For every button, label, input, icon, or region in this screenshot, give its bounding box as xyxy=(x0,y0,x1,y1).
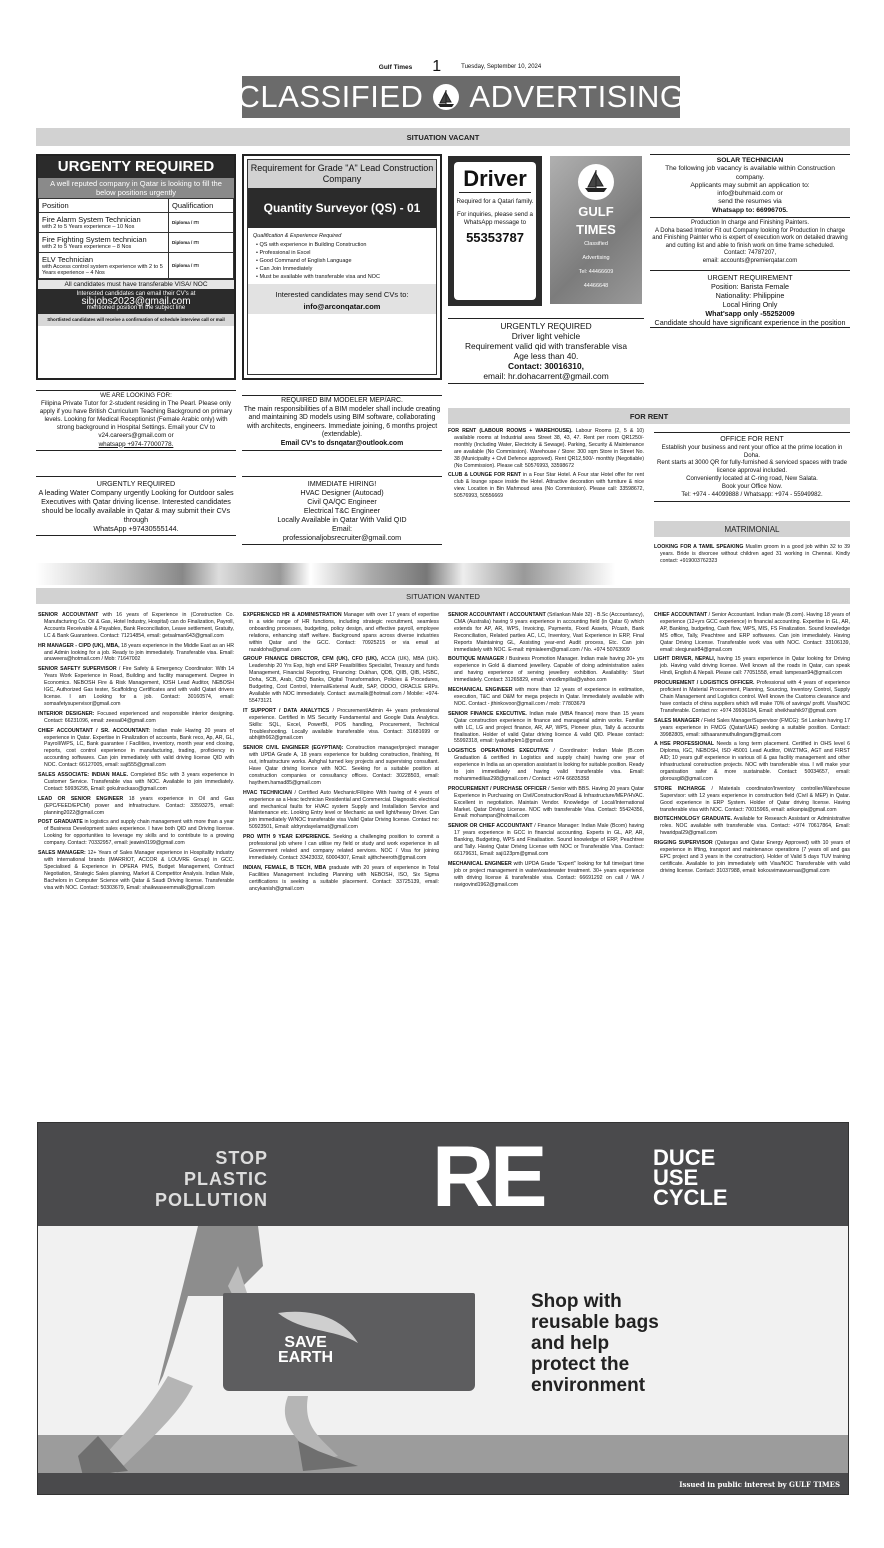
listing-lead: INDIAN, FEMALE, B TECH, MBA xyxy=(243,865,326,871)
urgently-required-driver-ad: URGENTLY REQUIRED Driver light vehicle R… xyxy=(448,318,644,384)
ad-body: Filipina Private Tutor for 2-student res… xyxy=(36,400,236,440)
ad-line: Local Hiring Only xyxy=(650,300,850,309)
list-item: EXPERIENCED HR & ADMINISTRATION Manager … xyxy=(243,612,439,653)
mail-block: Interested candidates can email their CV… xyxy=(38,289,234,314)
position-title: Fire Alarm System Technician xyxy=(42,215,165,224)
list-item: INDIAN, FEMALE, B TECH, MBA graduate wit… xyxy=(243,865,439,893)
listing-lead: INTERIOR DESIGNER: xyxy=(38,711,94,717)
section-situation-vacant: SITUATION VACANT xyxy=(36,128,850,146)
urgency-required-ad: URGENTY REQUIRED A well reputed company … xyxy=(36,154,236,380)
list-item: CHIEF ACCOUNTANT / SR. ACCOUNTANT: India… xyxy=(38,728,234,769)
list-item: SALES MANAGER: 12+ Years of Sales Manage… xyxy=(38,850,234,891)
re-text: RE xyxy=(432,1133,543,1221)
send-block: Interested candidates may send CVs to: i… xyxy=(248,284,436,314)
ad-line: Civil QA/QC Engineer xyxy=(242,497,442,506)
driver-line1: Required for a Qatari family. xyxy=(454,198,536,206)
ad-line: Rent starts at 3000 QR for fully-furnish… xyxy=(654,459,850,475)
stop-text: STOP PLASTIC POLLUTION xyxy=(155,1148,268,1211)
list-item: SENIOR ACCOUNTANT / ACCOUNTANT (Srilanka… xyxy=(448,612,644,653)
list-item: PRO WITH 9 YEAR EXPERIENCE. Seeking a ch… xyxy=(243,834,439,862)
listing-lead: RIGGING SUPERVISOR xyxy=(654,840,713,846)
position-qual: Diploma / ITI xyxy=(169,233,234,253)
ad-line: Age less than 40. xyxy=(448,351,644,361)
listing-body: / Certified Auto Mechanic/Filipino With … xyxy=(249,790,439,831)
positions-table: Position Qualification Fire Alarm System… xyxy=(38,198,234,279)
shop-line: environment xyxy=(531,1375,659,1396)
whatsapp-contact: whatsapp +974-77000778. xyxy=(36,441,236,449)
painter-ad: Production In charge and Finishing Paint… xyxy=(650,217,850,266)
ad-line: Driver light vehicle xyxy=(448,331,644,341)
banner-left-word: CLASSIFIED xyxy=(238,79,424,115)
listing-body: (Srilankan Male 32) - B.Sc (Accountancy)… xyxy=(454,612,644,653)
section-for-rent: FOR RENT xyxy=(448,408,850,424)
wanted-column-2: EXPERIENCED HR & ADMINISTRATION Manager … xyxy=(243,612,439,895)
qual-item: QS with experience in Building Construct… xyxy=(256,241,436,249)
stop-line: PLASTIC xyxy=(155,1169,268,1190)
save-earth-bag xyxy=(223,1293,475,1391)
listing-body: ACCA (UK), MBA (UK). Leadership 20 Yrs E… xyxy=(249,656,439,703)
ad-line: Position: Barista Female xyxy=(650,282,850,291)
list-item: BIOTECHNOLOGY GRADUATE. Available for Re… xyxy=(654,816,850,837)
shop-line: and help xyxy=(531,1333,659,1354)
mail-outro: mentioned position in the subject line xyxy=(40,305,232,312)
ad-line: Email: xyxy=(242,524,442,533)
ad-line: Conveniently located at C-ring road, New… xyxy=(654,475,850,483)
listing-lead: A HSE PROFESSIONAL xyxy=(654,741,714,747)
listing-lead: CLUB & LOUNGE FOR RENT xyxy=(448,472,521,478)
ad-line: Requirement valid qid with transferable … xyxy=(448,341,644,351)
matrimonial-listing: LOOKING FOR A TAMIL SPEAKING Muslim groo… xyxy=(654,544,850,568)
email-link[interactable]: Email CV's to dsnqatar@outlook.com xyxy=(242,440,442,449)
list-item: MECHANICAL ENGINEER with UPDA Grade "Exp… xyxy=(448,861,644,889)
wanted-column-4: CHIEF ACCOUNTANT / Senior Accountant. In… xyxy=(654,612,850,878)
office-for-rent-ad: OFFICE FOR RENT Establish your business … xyxy=(654,432,850,502)
listing-lead: HVAC TECHNICIAN xyxy=(243,790,292,796)
immediate-hiring-ad: IMMEDIATE HIRING! HVAC Designer (Autocad… xyxy=(242,476,442,545)
list-item: HVAC TECHNICIAN / Certified Auto Mechani… xyxy=(243,790,439,831)
visa-note: All candidates must have transferable VI… xyxy=(38,279,234,289)
qual-item: Can Join Immediately xyxy=(256,265,436,273)
listing-lead: FOR RENT (LABOUR ROOMS + WAREHOUSE). xyxy=(448,428,573,434)
contact: Contact: 74787207, xyxy=(650,250,850,258)
whatsapp-contact: Whatsapp to: 66996705. xyxy=(650,207,850,215)
gulf-line1: Classified xyxy=(550,239,642,250)
qual-list: QS with experience in Building Construct… xyxy=(248,241,436,281)
gulf-times-box: GULF TIMES Classified Advertising Tel: 4… xyxy=(550,156,642,304)
wanted-column-1: SENIOR ACCOUNTANT with 16 years of Exper… xyxy=(38,612,234,895)
listing-lead: MECHANICAL ENGINEER xyxy=(448,861,512,867)
ad-line: Locally Available in Qatar With Valid QI… xyxy=(242,515,442,524)
position-detail: with 2 to 5 Years experience – 8 Nos xyxy=(42,244,165,250)
list-item: BOUTIQUE MANAGER / Business Promotion Ma… xyxy=(448,656,644,684)
driver-title: Driver xyxy=(459,166,531,193)
listing-body: Construction manager/project manager wit… xyxy=(249,745,439,786)
listing-lead: SENIOR OR CHIEF ACCOUNTANT xyxy=(448,823,533,829)
ad-line: Electrical T&C Engineer xyxy=(242,506,442,515)
ad-line: A Doha based Interior Fit out Company lo… xyxy=(650,228,850,251)
ad-heading: REQUIRED BIM MODELER MEP/ARC. xyxy=(242,397,442,406)
email-link[interactable]: professionaljobsrecruiter@gmail.com xyxy=(242,533,442,542)
ad-line: HVAC Designer (Autocad) xyxy=(242,488,442,497)
qual-heading: Qualification & Experience Required xyxy=(248,228,436,241)
listing-lead: LEAD OR SENIOR ENGINEER xyxy=(38,796,123,802)
send-text: Interested candidates may send CVs to: xyxy=(276,290,409,299)
listing-lead: PROCUREMENT / LOGISTICS OFFICER. xyxy=(654,680,754,686)
stop-line: STOP xyxy=(155,1148,268,1169)
shop-line: protect the xyxy=(531,1354,659,1375)
shortlist-note: Shortlisted candidates will receive a co… xyxy=(38,314,234,326)
email-link[interactable]: email: hr.dohacarrent@gmail.com xyxy=(448,371,644,381)
wanted-column-3: SENIOR ACCOUNTANT / ACCOUNTANT (Srilanka… xyxy=(448,612,644,892)
listing-lead: SENIOR CIVIL ENGINEER (EGYPTIAN): xyxy=(243,745,343,751)
ad-line: Establish your business and rent your of… xyxy=(654,444,850,460)
list-item: PROCUREMENT / LOGISTICS OFFICER. Profess… xyxy=(654,680,850,715)
list-item: SENIOR FINANCE EXECUTIVE. Indian male (M… xyxy=(448,711,644,746)
list-item: LOOKING FOR A TAMIL SPEAKING Muslim groo… xyxy=(654,544,850,565)
list-item: GROUP FINANCE DIRECTOR, CFM (UK), CFO (U… xyxy=(243,656,439,704)
list-item: RIGGING SUPERVISOR (Qatargas and Qatar E… xyxy=(654,840,850,875)
list-item: PROCUREMENT / PURCHASE OFFICER / Senior … xyxy=(448,786,644,821)
list-item: HR MANAGER - CIPD (UK), MBA, 18 years ex… xyxy=(38,643,234,664)
barista-ad: URGENT REQUIREMENT Position: Barista Fem… xyxy=(650,270,850,328)
qual-item: Must be available with transferable visa… xyxy=(256,273,436,281)
listing-body: Needs a long term placement. Certified i… xyxy=(660,741,850,782)
email-link[interactable]: sibjobs2023@gmail.com xyxy=(40,298,232,305)
list-item: LOGISTICS OPERATIONS EXECUTIVE / Coordin… xyxy=(448,748,644,783)
ad-heading: WE ARE LOOKING FOR: xyxy=(36,392,236,400)
table-row: ELV Technicianwith Access control system… xyxy=(39,253,234,279)
paper-name: Gulf Times xyxy=(379,64,412,71)
driver-line2: For inquiries, please send a WhatsApp me… xyxy=(454,211,536,227)
stop-plastic-pollution-poster: STOP PLASTIC POLLUTION RE DUCE USE CYCLE… xyxy=(37,1122,849,1495)
shop-message: Shop with reusable bags and help protect… xyxy=(531,1291,659,1396)
save-earth-text: SAVE EARTH xyxy=(278,1335,333,1365)
ad-heading: SOLAR TECHNICIAN xyxy=(650,157,850,165)
issue-date: Tuesday, September 10, 2024 xyxy=(461,64,541,70)
position-title: Fire Fighting System technician xyxy=(42,235,165,244)
listing-lead: IT SUPPORT / DATA ANALYTICS xyxy=(243,708,329,714)
ad-line: Book your Office Now. xyxy=(654,483,850,491)
list-item: FOR RENT (LABOUR ROOMS + WAREHOUSE). Lab… xyxy=(448,428,644,469)
listing-lead: HR MANAGER - CIPD (UK), MBA, xyxy=(38,643,120,649)
ad-line: Candidate should have significant experi… xyxy=(650,318,850,327)
ad-body: A leading Water Company urgently Looking… xyxy=(36,488,236,524)
list-item: CLUB & LOUNGE FOR RENT in a Four Star Ho… xyxy=(448,472,644,500)
listing-lead: CHIEF ACCOUNTANT xyxy=(654,612,707,618)
listing-lead: PROCUREMENT / PURCHASE OFFICER xyxy=(448,786,547,792)
listing-body: 12+ Years of Sales Manager experience in… xyxy=(44,850,234,891)
table-row: Fire Alarm System Technicianwith 2 to 5 … xyxy=(39,213,234,233)
banner-right-word: ADVERTISING xyxy=(469,79,684,115)
whatsapp-contact: WhatsApp +97430555144. xyxy=(36,524,236,533)
list-item: LIGHT DRIVER, NEPALI, having 15 years ex… xyxy=(654,656,850,677)
solar-technician-ad: SOLAR TECHNICIAN The following job vacan… xyxy=(650,154,850,215)
listing-body: / Fire Safety & Emergency Coordinator: W… xyxy=(44,666,234,707)
ad-line: Production In charge and Finishing Paint… xyxy=(650,220,850,228)
list-item: A HSE PROFESSIONAL Needs a long term pla… xyxy=(654,741,850,782)
position-qual: Diploma / ITI xyxy=(169,213,234,233)
ad-line: Nationality: Philippine xyxy=(650,291,850,300)
right-column-ads: SOLAR TECHNICIAN The following job vacan… xyxy=(650,154,850,328)
position-detail: with Access control system experience wi… xyxy=(42,264,165,276)
ad-heading: URGENTLY REQUIRED xyxy=(448,321,644,331)
ad-heading: URGENTY REQUIRED xyxy=(38,156,234,178)
listing-lead: SALES MANAGER: xyxy=(38,850,86,856)
listing-lead: GROUP FINANCE DIRECTOR, CFM (UK), CFO (U… xyxy=(243,656,378,662)
listing-lead: PRO WITH 9 YEAR EXPERIENCE. xyxy=(243,834,330,840)
listing-lead: SALES ASSOCIATE: INDIAN MALE. xyxy=(38,772,128,778)
listing-body: Indian male Having 20 years of experienc… xyxy=(44,728,234,769)
listing-lead: CHIEF ACCOUNTANT / SR. ACCOUNTANT: xyxy=(38,728,150,734)
qual-item: Professional in Excel xyxy=(256,249,436,257)
gulf-line2: Advertising xyxy=(550,253,642,264)
list-item: MECHANICAL ENGINEER with more than 12 ye… xyxy=(448,687,644,708)
list-item: SENIOR ACCOUNTANT with 16 years of Exper… xyxy=(38,612,234,640)
listing-lead: SALES MANAGER xyxy=(654,718,700,724)
ad-line: send the resumes via xyxy=(650,198,850,206)
shop-line: Shop with xyxy=(531,1291,659,1312)
position-qual: Diploma / ITI xyxy=(169,253,234,279)
col-position: Position xyxy=(39,199,169,213)
col-qualification: Qualification xyxy=(169,199,234,213)
ad-heading: URGENTLY REQUIRED xyxy=(36,479,236,488)
decorative-gradient-strip xyxy=(36,563,646,585)
list-item: SENIOR OR CHIEF ACCOUNTANT / Finance Man… xyxy=(448,823,644,858)
gulf-name-1: GULF xyxy=(550,206,642,218)
quantity-surveyor-ad: Requirement for Grade "A" Lead Construct… xyxy=(242,154,442,380)
contact: Contact: 30016310, xyxy=(448,361,644,371)
ad-line: Applicants may submit an application to: xyxy=(650,182,850,190)
ad-line: The following job vacancy is available w… xyxy=(650,165,850,182)
listing-lead: MECHANICAL ENGINEER xyxy=(448,687,512,693)
listing-lead: STORE INCHARGE xyxy=(654,786,706,792)
listing-lead: LIGHT DRIVER, NEPALI, xyxy=(654,656,715,662)
listing-lead: BIOTECHNOLOGY GRADUATE. xyxy=(654,816,732,822)
bim-modeler-ad: REQUIRED BIM MODELER MEP/ARC. The main r… xyxy=(242,395,442,451)
list-item: STORE INCHARGE / Materials coordinator/I… xyxy=(654,786,850,814)
list-item: SALES ASSOCIATE: INDIAN MALE. Completed … xyxy=(38,772,234,793)
listing-lead: LOGISTICS OPERATIONS EXECUTIVE xyxy=(448,748,549,754)
qual-item: Good Command of English Language xyxy=(256,257,436,265)
ad-heading: IMMEDIATE HIRING! xyxy=(242,479,442,488)
position-detail: with 2 to 5 Years experience – 10 Nos xyxy=(42,224,165,230)
table-row: Fire Fighting System technicianwith 2 to… xyxy=(39,233,234,253)
gulf-name-2: TIMES xyxy=(550,224,642,236)
qs-title: Quantity Surveyor (QS) - 01 xyxy=(248,188,436,228)
list-item: CHIEF ACCOUNTANT / Senior Accountant. In… xyxy=(654,612,850,653)
shop-line: reusable bags xyxy=(531,1312,659,1333)
classified-banner: CLASSIFIED ADVERTISING xyxy=(242,76,680,118)
bag-line: SAVE xyxy=(278,1335,333,1350)
section-situation-wanted: SITUATION WANTED xyxy=(36,588,850,604)
re-word: CYCLE xyxy=(653,1188,728,1208)
list-item: SENIOR CIVIL ENGINEER (EGYPTIAN): Constr… xyxy=(243,745,439,786)
tutor-ad: WE ARE LOOKING FOR: Filipina Private Tut… xyxy=(36,390,236,451)
list-item: INTERIOR DESIGNER: Focused experienced a… xyxy=(38,711,234,725)
water-company-ad: URGENTLY REQUIRED A leading Water Compan… xyxy=(36,476,236,536)
list-item: IT SUPPORT / DATA ANALYTICS / Procuremen… xyxy=(243,708,439,743)
ad-body: The main responsibilities of a BIM model… xyxy=(242,406,442,440)
listing-lead: POST GRADUATE xyxy=(38,819,83,825)
ad-heading: URGENT REQUIREMENT xyxy=(650,273,850,282)
listing-lead: EXPERIENCED HR & ADMINISTRATION xyxy=(243,612,342,618)
position-title: ELV Technician xyxy=(42,255,165,264)
email-link[interactable]: info@buhmaid.com or xyxy=(650,190,850,198)
driver-phone[interactable]: 55353787 xyxy=(454,230,536,245)
listing-lead: BOUTIQUE MANAGER xyxy=(448,656,504,662)
gulf-tel: Tel: 44466609 xyxy=(550,267,642,278)
listing-body: / Senior Accountant. Indian male (B.com)… xyxy=(660,612,850,653)
ad-subheading: A well reputed company in Qatar is looki… xyxy=(38,178,234,198)
listing-body: Labour Rooms (2, 5 & 10) available rooms… xyxy=(454,428,644,469)
contact: Tel: +974 - 44099888 / Whatsapp: +974 - … xyxy=(654,491,850,499)
ad-heading: OFFICE FOR RENT xyxy=(654,436,850,444)
dhow-logo-icon xyxy=(433,84,459,110)
list-item: SALES MANAGER / Field Sales Manager/Supe… xyxy=(654,718,850,739)
page-number: 1 xyxy=(432,58,441,76)
re-words: DUCE USE CYCLE xyxy=(653,1148,728,1208)
listing-lead: SENIOR SAFETY SUPERVISOR xyxy=(38,666,117,672)
masthead-info: Gulf Times 1 Tuesday, September 10, 2024 xyxy=(240,58,680,76)
list-item: LEAD OR SENIOR ENGINEER 18 years experie… xyxy=(38,796,234,817)
section-matrimonial: MATRIMONIAL xyxy=(654,521,850,537)
bag-line: EARTH xyxy=(278,1350,333,1365)
for-rent-listings: FOR RENT (LABOUR ROOMS + WAREHOUSE). Lab… xyxy=(448,428,644,503)
list-item: SENIOR SAFETY SUPERVISOR / Fire Safety &… xyxy=(38,666,234,707)
grade-text: Requirement for Grade "A" Lead Construct… xyxy=(248,160,436,188)
listing-lead: LOOKING FOR A TAMIL SPEAKING xyxy=(654,544,743,550)
list-item: POST GRADUATE in logistics and supply ch… xyxy=(38,819,234,847)
poster-footer: Issued in public interest by GULF TIMES xyxy=(38,1473,848,1495)
listing-lead: SENIOR ACCOUNTANT / ACCOUNTANT xyxy=(448,612,546,618)
email-link[interactable]: email: accounts@premierqatar.com xyxy=(650,258,850,266)
listing-lead: SENIOR ACCOUNTANT xyxy=(38,612,98,618)
driver-ad: Driver Required for a Qatari family. For… xyxy=(448,156,542,306)
whatsapp-contact: What'sapp only -55252009 xyxy=(650,309,850,318)
gulf-tel2: 44466648 xyxy=(550,281,642,292)
listing-lead: SENIOR FINANCE EXECUTIVE. xyxy=(448,711,527,717)
listing-body: Manager with over 17 years of expertise … xyxy=(249,612,439,653)
dhow-logo-icon xyxy=(578,164,614,200)
stop-line: POLLUTION xyxy=(155,1190,268,1211)
email-link[interactable]: info@arconqatar.com xyxy=(248,302,436,311)
